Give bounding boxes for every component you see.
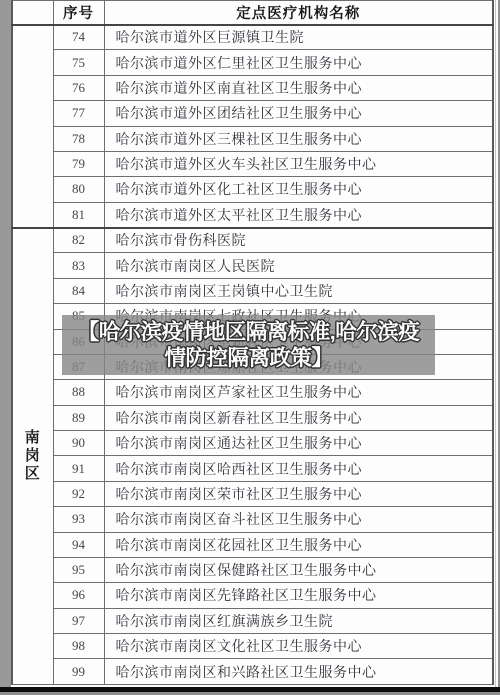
institution-name: 哈尔滨市道外区巨源镇卫生院 (104, 25, 493, 50)
row-index: 81 (53, 202, 104, 227)
row-index: 76 (53, 75, 104, 100)
institution-name: 哈尔滨市南岗区和兴路社区卫生服务中心 (104, 659, 493, 684)
header-district (12, 1, 53, 25)
table-row: 97哈尔滨市南岗区红旗满族乡卫生院 (12, 608, 493, 633)
scan-left-margin (0, 0, 11, 692)
table-row: 81哈尔滨市道外区太平社区卫生服务中心 (12, 202, 493, 227)
row-index: 89 (53, 405, 104, 430)
table-row: 89哈尔滨市南岗区新春社区卫生服务中心 (12, 405, 493, 430)
row-index: 84 (53, 278, 104, 303)
institution-name: 哈尔滨市南岗区王岗镇中心卫生院 (104, 278, 493, 303)
row-index: 94 (53, 532, 104, 557)
row-index: 90 (53, 431, 104, 456)
row-index: 74 (53, 25, 104, 50)
row-index: 78 (53, 126, 104, 151)
institution-name: 哈尔滨市南岗区人民医院 (104, 253, 493, 278)
table-row: 79哈尔滨市道外区火车头社区卫生服务中心 (12, 151, 493, 176)
scan-right-border (495, 0, 496, 687)
institution-name: 哈尔滨市道外区南直社区卫生服务中心 (104, 75, 493, 100)
hospital-table-header: 序号 定点医疗机构名称 (12, 1, 493, 25)
institution-name: 哈尔滨市南岗区芦家社区卫生服务中心 (104, 380, 493, 405)
institution-name: 哈尔滨市南岗区新春社区卫生服务中心 (104, 405, 493, 430)
table-row: 95哈尔滨市南岗区保健路社区卫生服务中心 (12, 557, 493, 582)
table-row: 78哈尔滨市道外区三棵社区卫生服务中心 (12, 126, 493, 151)
row-index: 92 (53, 481, 104, 506)
institution-name: 哈尔滨市道外区仁里社区卫生服务中心 (104, 50, 493, 75)
table-row: 80哈尔滨市道外区化工社区卫生服务中心 (12, 177, 493, 202)
table-row: 98哈尔滨市南岗区文化社区卫生服务中心 (12, 634, 493, 659)
table-row: 92哈尔滨市南岗区荣市社区卫生服务中心 (12, 481, 493, 506)
table-row: 75哈尔滨市道外区仁里社区卫生服务中心 (12, 50, 493, 75)
table-row: 76哈尔滨市道外区南直社区卫生服务中心 (12, 75, 493, 100)
row-index: 99 (53, 659, 104, 684)
institution-name: 哈尔滨市南岗区花园社区卫生服务中心 (104, 532, 493, 557)
table-row: 93哈尔滨市南岗区奋斗社区卫生服务中心 (12, 507, 493, 532)
institution-name: 哈尔滨市道外区团结社区卫生服务中心 (104, 101, 493, 126)
row-index: 77 (53, 101, 104, 126)
row-index: 79 (53, 151, 104, 176)
watermark-line-1: 【哈尔滨疫情地区隔离标准,哈尔滨疫 (78, 319, 419, 345)
row-index: 97 (53, 608, 104, 633)
table-row: 南岗区82哈尔滨市骨伤科医院 (12, 228, 493, 253)
row-index: 98 (53, 634, 104, 659)
institution-name: 哈尔滨市道外区太平社区卫生服务中心 (104, 202, 493, 227)
table-row: 99哈尔滨市南岗区和兴路社区卫生服务中心 (12, 659, 493, 684)
row-index: 96 (53, 583, 104, 608)
table-row: 77哈尔滨市道外区团结社区卫生服务中心 (12, 101, 493, 126)
row-index: 93 (53, 507, 104, 532)
table-row: 90哈尔滨市南岗区通达社区卫生服务中心 (12, 431, 493, 456)
row-index: 80 (53, 177, 104, 202)
table-row: 94哈尔滨市南岗区花园社区卫生服务中心 (12, 532, 493, 557)
institution-name: 哈尔滨市道外区三棵社区卫生服务中心 (104, 126, 493, 151)
institution-name: 哈尔滨市南岗区通达社区卫生服务中心 (104, 431, 493, 456)
institution-name: 哈尔滨市南岗区文化社区卫生服务中心 (104, 634, 493, 659)
institution-name: 哈尔滨市道外区化工社区卫生服务中心 (104, 177, 493, 202)
row-index: 91 (53, 456, 104, 481)
row-index: 83 (53, 253, 104, 278)
institution-name: 哈尔滨市骨伤科医院 (104, 228, 493, 253)
header-index: 序号 (53, 1, 104, 25)
table-row: 84哈尔滨市南岗区王岗镇中心卫生院 (12, 278, 493, 303)
row-index: 88 (53, 380, 104, 405)
table-row: 88哈尔滨市南岗区芦家社区卫生服务中心 (12, 380, 493, 405)
table-row: 91哈尔滨市南岗区哈西社区卫生服务中心 (12, 456, 493, 481)
header-institution-name: 定点医疗机构名称 (104, 1, 493, 25)
institution-name: 哈尔滨市南岗区红旗满族乡卫生院 (104, 608, 493, 633)
institution-name: 哈尔滨市道外区火车头社区卫生服务中心 (104, 151, 493, 176)
institution-name: 哈尔滨市南岗区保健路社区卫生服务中心 (104, 557, 493, 582)
watermark-line-2: 情防控隔离政策】 (164, 345, 332, 371)
table-row: 96哈尔滨市南岗区先锋路社区卫生服务中心 (12, 583, 493, 608)
table-row: 74哈尔滨市道外区巨源镇卫生院 (12, 25, 493, 50)
header-row: 序号 定点医疗机构名称 (12, 1, 493, 25)
institution-name: 哈尔滨市南岗区哈西社区卫生服务中心 (104, 456, 493, 481)
institution-name: 哈尔滨市南岗区荣市社区卫生服务中心 (104, 481, 493, 506)
row-index: 82 (53, 228, 104, 253)
district-cell (12, 25, 53, 228)
row-index: 95 (53, 557, 104, 582)
institution-name: 哈尔滨市南岗区先锋路社区卫生服务中心 (104, 583, 493, 608)
row-index: 75 (53, 50, 104, 75)
watermark-overlay: 【哈尔滨疫情地区隔离标准,哈尔滨疫 情防控隔离政策】 (62, 315, 435, 375)
table-row: 83哈尔滨市南岗区人民医院 (12, 253, 493, 278)
institution-name: 哈尔滨市南岗区奋斗社区卫生服务中心 (104, 507, 493, 532)
district-cell: 南岗区 (12, 228, 53, 685)
